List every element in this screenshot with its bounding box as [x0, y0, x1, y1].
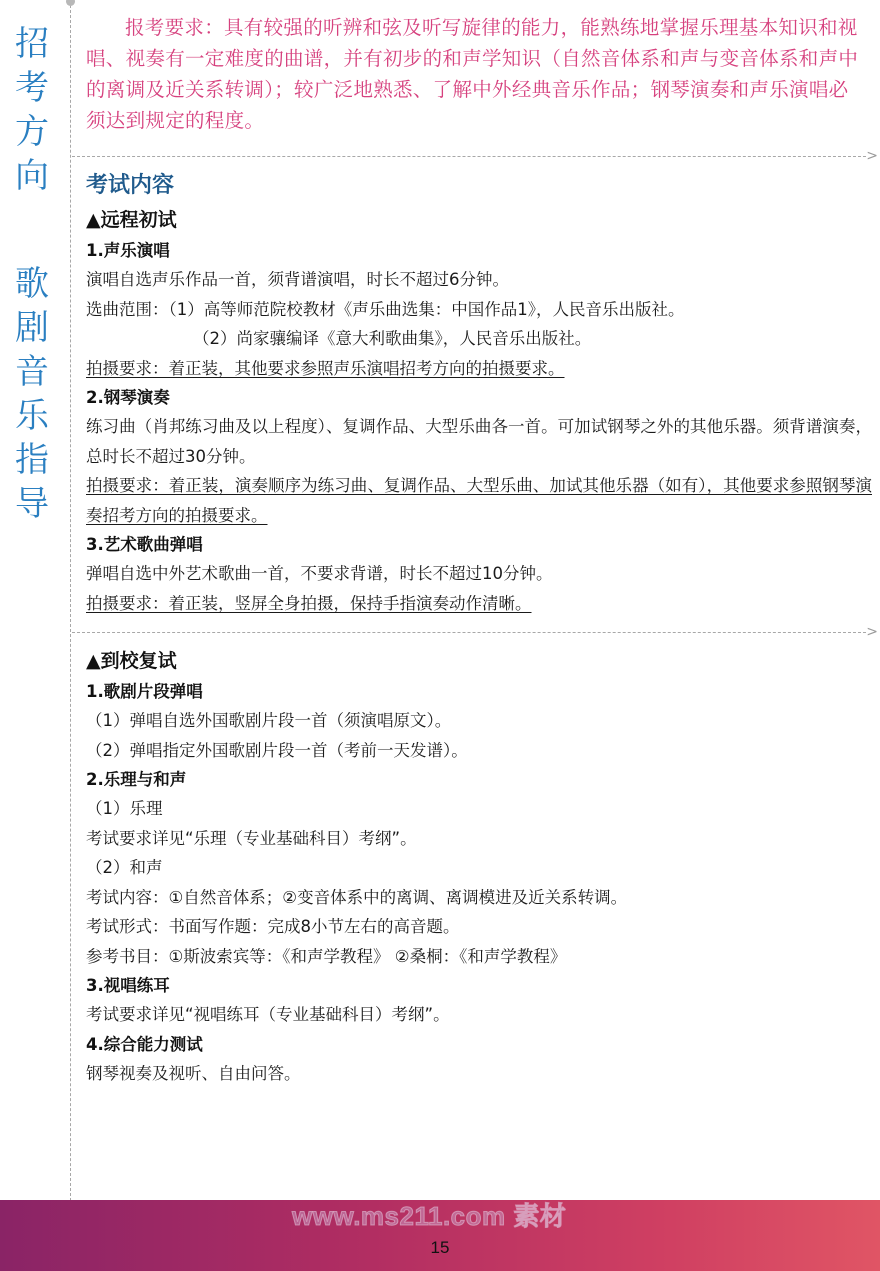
side-char: 方 — [12, 110, 52, 154]
side-char: 指 — [12, 438, 52, 482]
watermark: www.ms211.com 素材 — [292, 1196, 566, 1233]
arrow-right-icon: > — [866, 148, 878, 164]
arrow-right-icon: > — [866, 624, 878, 640]
piano-line1: 练习曲（肖邦练习曲及以上程度）、复调作品、大型乐曲各一首。可加试钢琴之外的其他乐… — [86, 412, 872, 471]
art-song-line1: 弹唱自选中外艺术歌曲一首，不要求背谱，时长不超过10分钟。 — [86, 559, 872, 589]
harmony-form: 考试形式：书面写作题：完成8小节左右的高音题。 — [86, 912, 872, 942]
solfege-text: 考试要求详见“视唱练耳（专业基础科目）考纲”。 — [86, 1000, 872, 1030]
solfege-title: 3.视唱练耳 — [86, 971, 872, 1000]
comprehensive-text: 钢琴视奏及视听、自由问答。 — [86, 1059, 872, 1089]
harmony-content: 考试内容：①自然音体系；②变音体系中的离调、离调模进及近关系转调。 — [86, 883, 872, 913]
opera-title: 1.歌剧片段弹唱 — [86, 677, 872, 706]
vocal-filming: 拍摄要求：着正装，其他要求参照声乐演唱招考方向的拍摄要求。 — [86, 354, 872, 384]
side-char: 音 — [12, 350, 52, 394]
retest-title: ▲到校复试 — [86, 645, 872, 677]
prelim-title: ▲远程初试 — [86, 204, 872, 236]
exam-content-prelim: 考试内容 ▲远程初试 1.声乐演唱 演唱自选声乐作品一首，须背谱演唱，时长不超过… — [86, 168, 872, 618]
vocal-line3: （2）尚家骧编译《意大利歌曲集》，人民音乐出版社。 — [86, 324, 872, 354]
side-char: 考 — [12, 66, 52, 110]
side-char: 乐 — [12, 394, 52, 438]
side-char: 剧 — [12, 306, 52, 350]
exam-content-retest: ▲到校复试 1.歌剧片段弹唱 （1）弹唱自选外国歌剧片段一首（须演唱原文）。 （… — [86, 645, 872, 1088]
harmony-books: 参考书目：①斯波索宾等：《和声学教程》 ②桑桐：《和声学教程》 — [86, 942, 872, 972]
theory-sub1-text: 考试要求详见“乐理（专业基础科目）考纲”。 — [86, 824, 872, 854]
vocal-line1: 演唱自选声乐作品一首，须背谱演唱，时长不超过6分钟。 — [86, 265, 872, 295]
side-char: 向 — [12, 154, 52, 198]
opera-item1: （1）弹唱自选外国歌剧片段一首（须演唱原文）。 — [86, 706, 872, 736]
theory-sub2: （2）和声 — [86, 853, 872, 883]
piano-title: 2.钢琴演奏 — [86, 383, 872, 412]
section-title: 考试内容 — [86, 168, 872, 204]
opera-item2: （2）弹唱指定外国歌剧片段一首（考前一天发谱）。 — [86, 736, 872, 766]
art-song-filming: 拍摄要求：着正装，竖屏全身拍摄，保持手指演奏动作清晰。 — [86, 589, 872, 619]
theory-sub1: （1）乐理 — [86, 794, 872, 824]
side-char: 歌 — [12, 262, 52, 306]
comprehensive-title: 4.综合能力测试 — [86, 1030, 872, 1059]
art-song-title: 3.艺术歌曲弹唱 — [86, 530, 872, 559]
divider-top-dot — [66, 0, 75, 6]
vocal-title: 1.声乐演唱 — [86, 236, 872, 265]
admission-requirements: 报考要求：具有较强的听辨和弦及听写旋律的能力，能熟练地掌握乐理基本知识和视唱、视… — [86, 12, 860, 136]
side-title-major: 歌 剧 音 乐 指 导 — [12, 262, 52, 526]
section-separator: > — [72, 632, 866, 633]
theory-title: 2.乐理与和声 — [86, 765, 872, 794]
section-separator: > — [72, 156, 866, 157]
piano-filming: 拍摄要求：着正装，演奏顺序为练习曲、复调作品、大型乐曲、加试其他乐器（如有），其… — [86, 471, 872, 530]
vertical-divider — [70, 0, 71, 1206]
vocal-line2: 选曲范围：（1）高等师范院校教材《声乐曲选集：中国作品1》，人民音乐出版社。 — [86, 295, 872, 325]
page-number: 15 — [0, 1238, 880, 1258]
side-char: 招 — [12, 22, 52, 66]
side-title-direction: 招 考 方 向 — [12, 22, 52, 198]
side-char: 导 — [12, 482, 52, 526]
